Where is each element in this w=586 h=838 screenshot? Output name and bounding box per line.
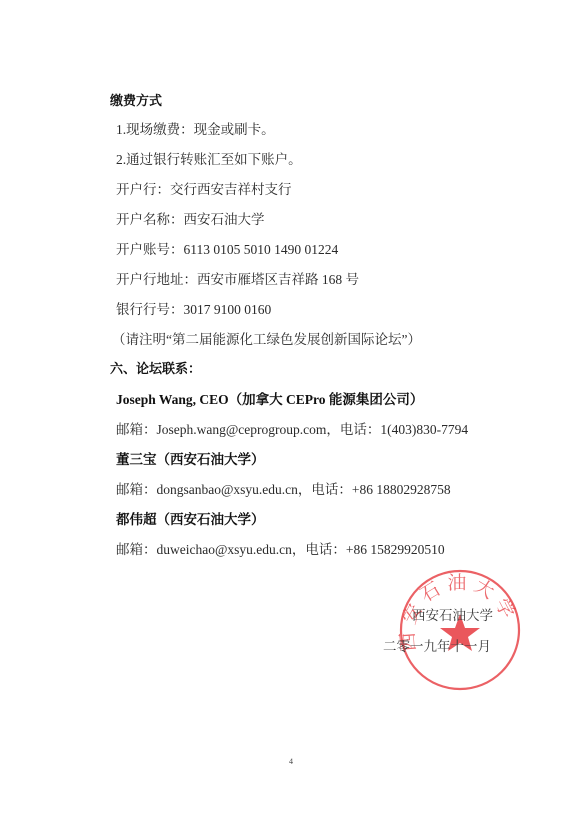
bank-address: 开户行地址：西安市雁塔区吉祥路 168 号 — [116, 271, 359, 289]
document-page: 缴费方式 1.现场缴费：现金或刷卡。 2.通过银行转账汇至如下账户。 开户行：交… — [0, 0, 586, 838]
transfer-note: （请注明“第二届能源化工绿色发展创新国际论坛”） — [112, 331, 421, 349]
page-number: 4 — [289, 757, 293, 766]
contact-name: 董三宝（西安石油大学） — [116, 451, 265, 469]
contact-name: Joseph Wang, CEO（加拿大 CEPro 能源集团公司） — [116, 391, 423, 409]
payment-item: 1.现场缴费：现金或刷卡。 — [116, 121, 275, 139]
contact-name: 都伟超（西安石油大学） — [116, 511, 265, 529]
account-name: 开户名称：西安石油大学 — [116, 211, 265, 229]
signature-date: 二零一九年十一月 — [383, 635, 491, 655]
contact-info: 邮箱：duweichao@xsyu.edu.cn，电话：+86 15829920… — [116, 541, 445, 559]
bank-code: 银行行号：3017 9100 0160 — [116, 301, 271, 319]
account-number: 开户账号：6113 0105 5010 1490 01224 — [116, 241, 338, 259]
payment-heading: 缴费方式 — [110, 93, 162, 111]
payment-item: 2.通过银行转账汇至如下账户。 — [116, 151, 302, 169]
official-seal-icon: 西安石油大学 — [398, 568, 522, 692]
contact-info: 邮箱：Joseph.wang@ceprogroup.com，电话：1(403)8… — [116, 421, 468, 439]
signature-organization: 西安石油大学 — [412, 604, 493, 624]
contacts-heading: 六、论坛联系： — [110, 361, 201, 379]
contact-info: 邮箱：dongsanbao@xsyu.edu.cn，电话：+86 1880292… — [116, 481, 451, 499]
bank-name: 开户行：交行西安吉祥村支行 — [116, 181, 292, 199]
